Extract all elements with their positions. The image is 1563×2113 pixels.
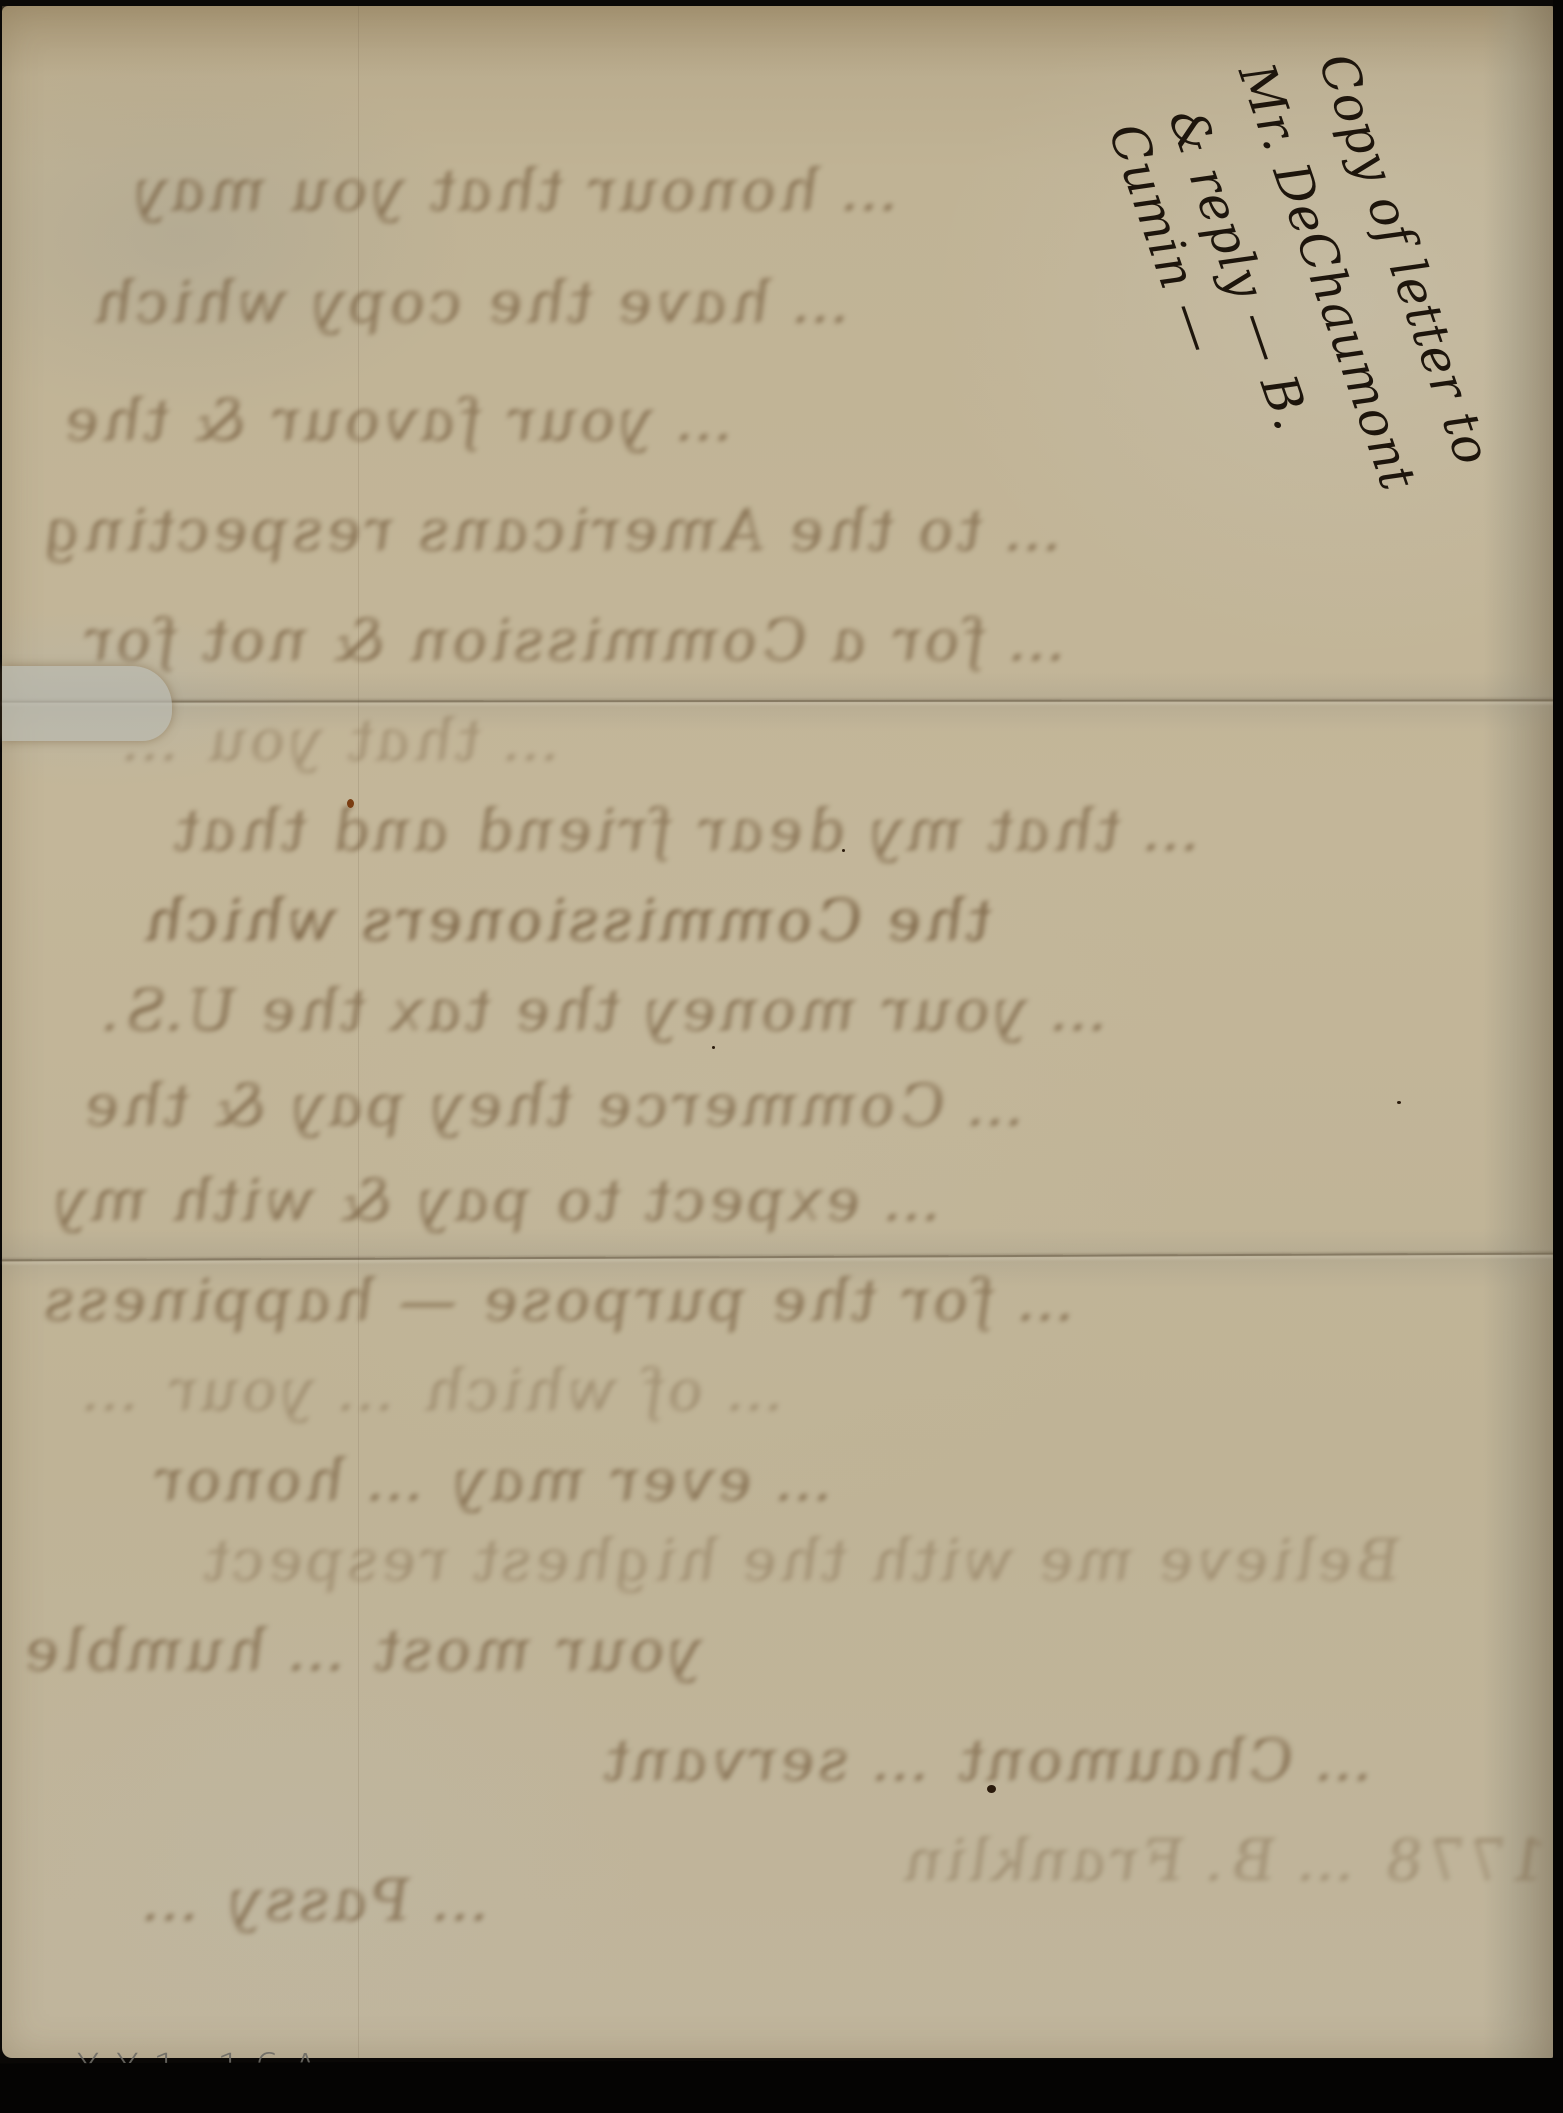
bleed-line: … your favour & the	[51, 386, 749, 454]
bleed-line: … Chaumont … servant	[591, 1726, 1388, 1794]
scan-border-right	[1553, 0, 1563, 2113]
ink-speck	[712, 1046, 715, 1049]
scan-border-bottom	[0, 2058, 1563, 2113]
bleed-line: … Passy …	[131, 1866, 505, 1934]
ink-speck	[347, 799, 354, 808]
manuscript-page: … honour that you may … have the copy wh…	[2, 6, 1553, 2058]
bleed-line: … have the copy which	[81, 268, 866, 336]
ink-speck	[987, 1785, 996, 1793]
bleed-line: … of which … your …	[71, 1356, 800, 1424]
bleed-line: … for a Commission & not for	[71, 606, 1082, 674]
ink-speck	[842, 849, 845, 852]
bleed-line: the Commissioners which	[131, 886, 1002, 954]
bleed-line: … to the Americans respecting	[31, 496, 1078, 564]
scan-border-top	[0, 0, 1563, 6]
bleed-line: … 1778 … B. Franklin	[891, 1826, 1563, 1894]
bleed-line: … for the purpose — happiness	[31, 1266, 1091, 1334]
bleed-line: … that you …	[111, 706, 576, 774]
bleed-line: … Commerce they pay & the	[71, 1071, 1040, 1139]
docket-annotation: Copy of letter to Mr. DeChaumont & reply…	[1162, 46, 1522, 606]
bleed-line: Believe me with the highest respect	[191, 1526, 1411, 1594]
bleed-line: your most … humble	[11, 1616, 714, 1684]
bleed-line: … your money the tax the U.S.	[91, 976, 1124, 1044]
bleed-line: … ever may … honor	[141, 1446, 849, 1514]
bleed-line: … honour that you may	[121, 156, 914, 224]
ink-speck	[1397, 1101, 1401, 1104]
bleed-line: … expect to pay & with my	[41, 1166, 957, 1234]
bleed-line: … that my dear friend and that	[161, 796, 1216, 864]
